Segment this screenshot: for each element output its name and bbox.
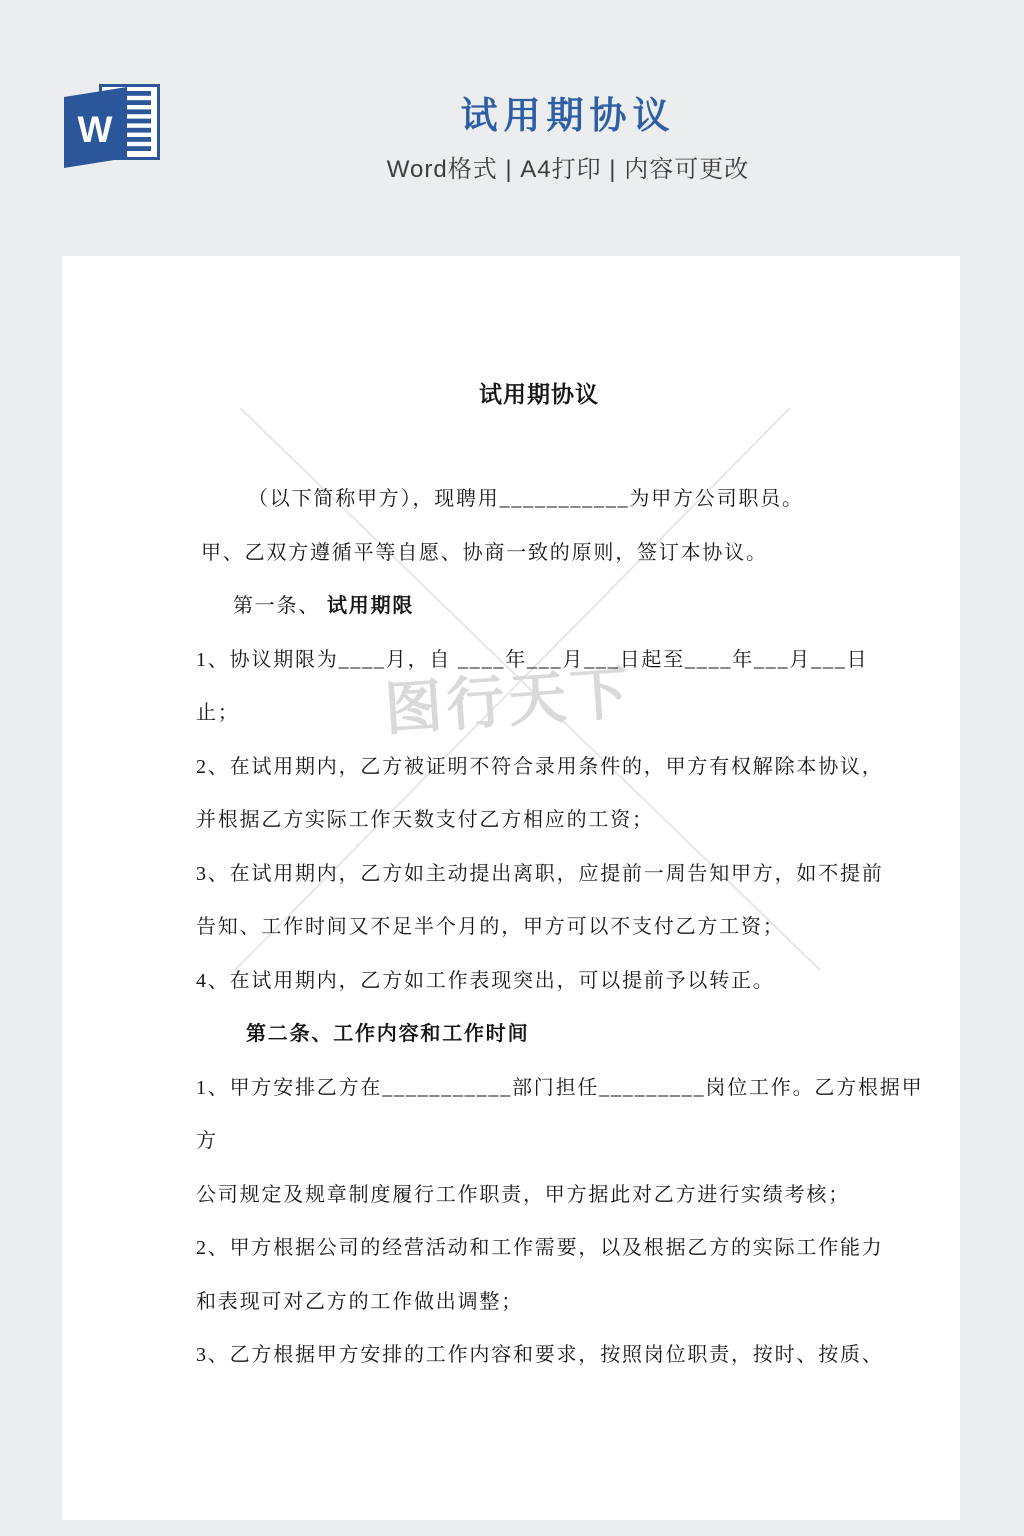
doc-line-segment: 3、在试用期内，乙方如主动提出离职，应提前一周告知甲方，如不提前 bbox=[196, 863, 884, 885]
document-line: 公司规定及规章制度履行工作职责，甲方据此对乙方进行实绩考核； bbox=[196, 1169, 882, 1223]
doc-line-bold-segment: 第二条、工作内容和工作时间 bbox=[246, 1023, 529, 1045]
header: W 试用期协议 Word格式 | A4打印 | 内容可更改 bbox=[0, 0, 1024, 256]
page-background: { "header": { "title": "试用期协议", "subtitl… bbox=[0, 0, 1024, 1536]
document-line: 2、甲方根据公司的经营活动和工作需要，以及根据乙方的实际工作能力 bbox=[196, 1222, 882, 1276]
document-line: 止； bbox=[196, 687, 882, 741]
document-line: 3、在试用期内，乙方如主动提出离职，应提前一周告知甲方，如不提前 bbox=[196, 848, 882, 902]
header-subtitle: Word格式 | A4打印 | 内容可更改 bbox=[112, 155, 1024, 185]
doc-line-segment: 1、协议期限为____月，自 ____年___月___日起至____年___月_… bbox=[196, 649, 868, 671]
document-lines: （以下简称甲方），现聘用___________为甲方公司职员。甲、乙双方遵循平等… bbox=[196, 473, 882, 1383]
header-title: 试用期协议 bbox=[112, 94, 1024, 138]
doc-line-segment: 甲、乙双方遵循平等自愿、协商一致的原则，签订本协议。 bbox=[201, 542, 768, 564]
document-line: 4、在试用期内，乙方如工作表现突出，可以提前予以转正。 bbox=[196, 955, 882, 1009]
document-line: 3、乙方根据甲方安排的工作内容和要求，按照岗位职责，按时、按质、 bbox=[196, 1329, 882, 1383]
doc-line-segment: 2、甲方根据公司的经营活动和工作需要，以及根据乙方的实际工作能力 bbox=[196, 1237, 884, 1259]
doc-line-segment: 1、甲方安排乙方在___________部门担任_________岗位工作。乙方… bbox=[196, 1077, 923, 1099]
document-line: 和表现可对乙方的工作做出调整； bbox=[196, 1276, 882, 1330]
document-line: 甲、乙双方遵循平等自愿、协商一致的原则，签订本协议。 bbox=[196, 527, 882, 581]
doc-line-segment: 3、乙方根据甲方安排的工作内容和要求，按照岗位职责，按时、按质、 bbox=[196, 1344, 884, 1366]
document-line: 1、协议期限为____月，自 ____年___月___日起至____年___月_… bbox=[196, 634, 882, 688]
document-line: 方 bbox=[196, 1115, 882, 1169]
document-title: 试用期协议 bbox=[196, 380, 882, 410]
document-line: 第一条、 试用期限 bbox=[196, 580, 882, 634]
document-line: 并根据乙方实际工作天数支付乙方相应的工资； bbox=[196, 794, 882, 848]
doc-line-segment: 公司规定及规章制度履行工作职责，甲方据此对乙方进行实绩考核； bbox=[196, 1184, 850, 1206]
document-line: （以下简称甲方），现聘用___________为甲方公司职员。 bbox=[196, 473, 882, 527]
doc-line-segment: 方 bbox=[196, 1130, 218, 1152]
doc-line-segment: 4、在试用期内，乙方如工作表现突出，可以提前予以转正。 bbox=[196, 970, 775, 992]
doc-line-segment: 第一条、 bbox=[233, 595, 327, 617]
doc-line-segment: 并根据乙方实际工作天数支付乙方相应的工资； bbox=[196, 809, 654, 831]
word-icon-letter: W bbox=[78, 109, 113, 150]
document-line: 告知、工作时间又不足半个月的，甲方可以不支付乙方工资； bbox=[196, 901, 882, 955]
doc-line-segment: 和表现可对乙方的工作做出调整； bbox=[196, 1291, 523, 1313]
doc-line-segment: 告知、工作时间又不足半个月的，甲方可以不支付乙方工资； bbox=[196, 916, 785, 938]
document-page: 图行天下 试用期协议 （以下简称甲方），现聘用___________为甲方公司职… bbox=[62, 256, 960, 1520]
doc-line-segment: 止； bbox=[196, 702, 240, 724]
document-line: 第二条、工作内容和工作时间 bbox=[196, 1008, 882, 1062]
document-line: 1、甲方安排乙方在___________部门担任_________岗位工作。乙方… bbox=[196, 1062, 882, 1116]
document-line: 2、在试用期内，乙方被证明不符合录用条件的，甲方有权解除本协议， bbox=[196, 741, 882, 795]
doc-line-segment: （以下简称甲方），现聘用___________为甲方公司职员。 bbox=[248, 488, 804, 510]
doc-line-segment: 2、在试用期内，乙方被证明不符合录用条件的，甲方有权解除本协议， bbox=[196, 756, 884, 778]
document-content: 试用期协议 （以下简称甲方），现聘用___________为甲方公司职员。甲、乙… bbox=[62, 380, 960, 1383]
doc-line-bold-segment: 试用期限 bbox=[327, 595, 414, 617]
